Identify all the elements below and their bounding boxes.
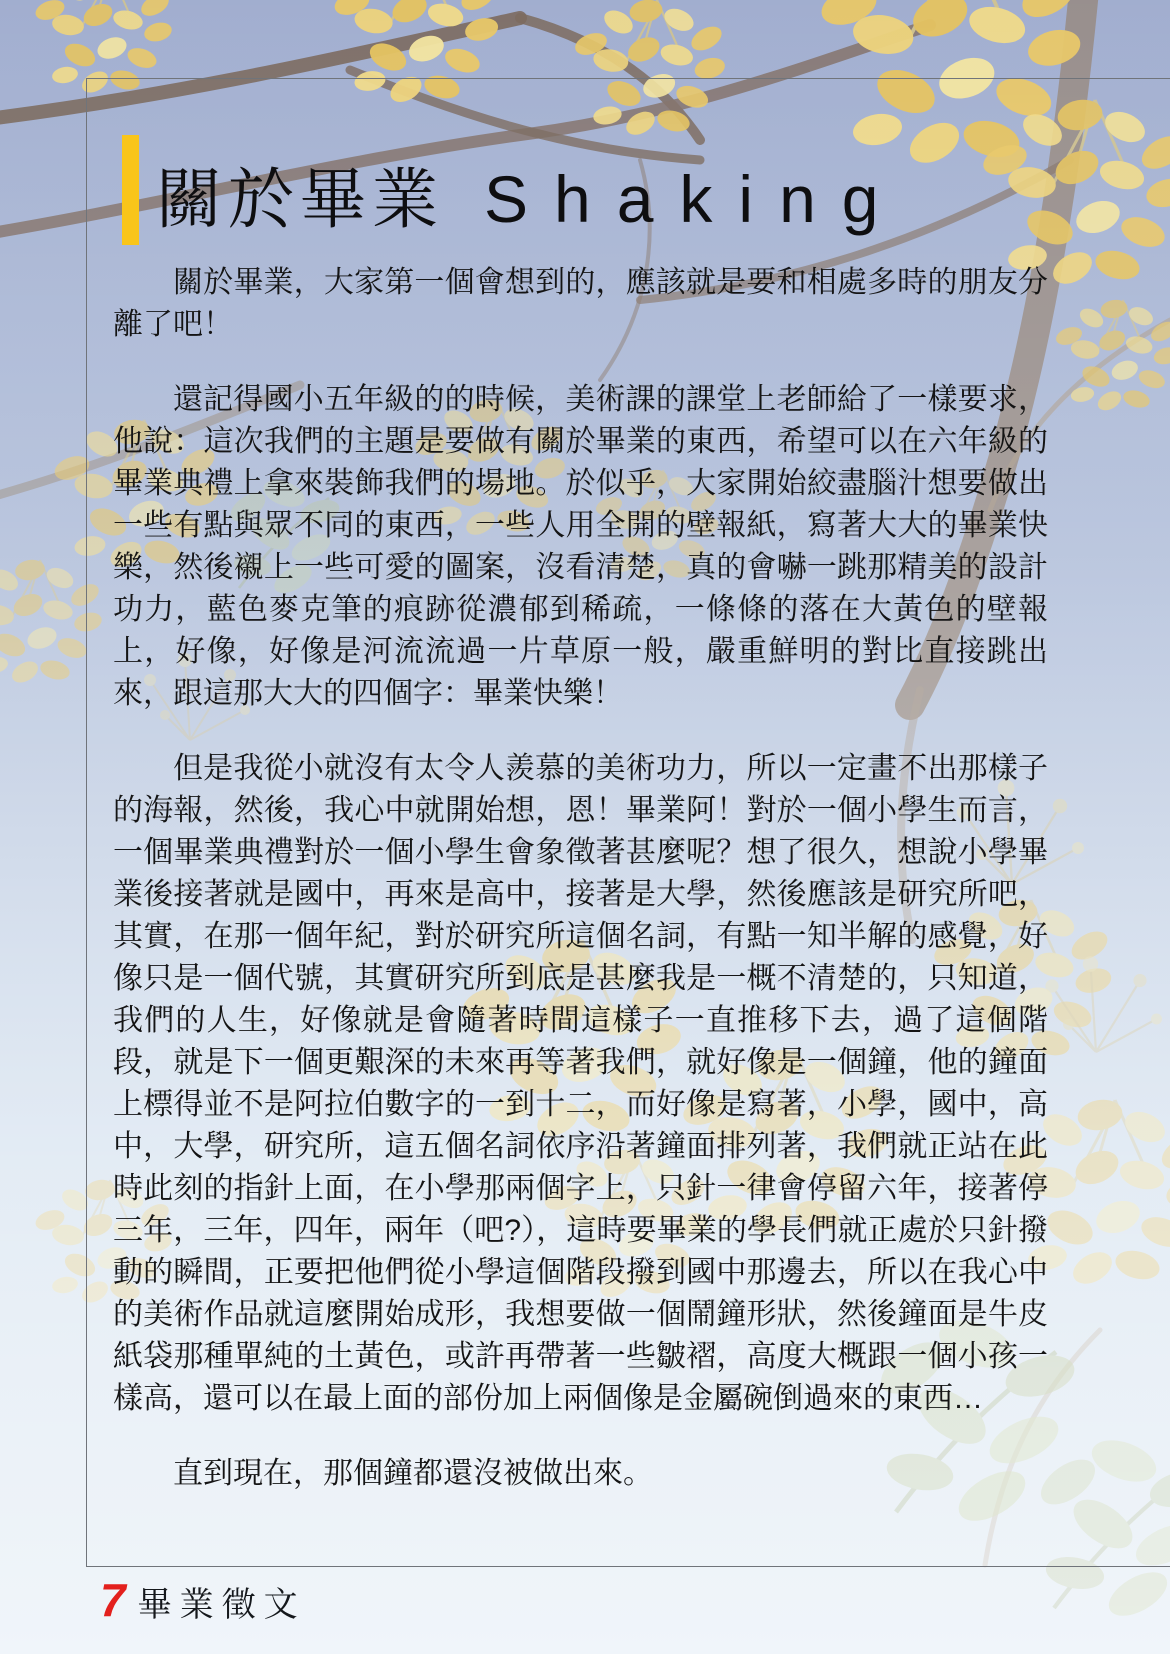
paragraph: 直到現在，那個鐘都還沒被做出來。 <box>113 1453 1048 1495</box>
page-title-zh: 關於畢業 <box>156 162 444 236</box>
paragraph: 但是我從小就沒有太令人羨慕的美術功力，所以一定畫不出那樣子的海報，然後，我心中就… <box>113 748 1048 1420</box>
page-number: 7 <box>100 1577 126 1623</box>
section-label: 畢業徵文 <box>138 1588 306 1622</box>
paragraph: 還記得國小五年級的的時候，美術課的課堂上老師給了一樣要求，他說：這次我們的主題是… <box>113 379 1048 715</box>
essay-body: 關於畢業，大家第一個會想到的，應該就是要和相處多時的朋友分離了吧！ 還記得國小五… <box>113 262 1048 1528</box>
page-footer: 7 畢業徵文 <box>100 1577 306 1623</box>
page-title: 關於畢業Shaking <box>156 146 905 241</box>
magazine-page: 關於畢業Shaking 關於畢業，大家第一個會想到的，應該就是要和相處多時的朋友… <box>0 0 1170 1654</box>
paragraph: 關於畢業，大家第一個會想到的，應該就是要和相處多時的朋友分離了吧！ <box>113 262 1048 346</box>
title-accent-bar <box>122 135 139 245</box>
page-title-en: Shaking <box>484 162 905 236</box>
